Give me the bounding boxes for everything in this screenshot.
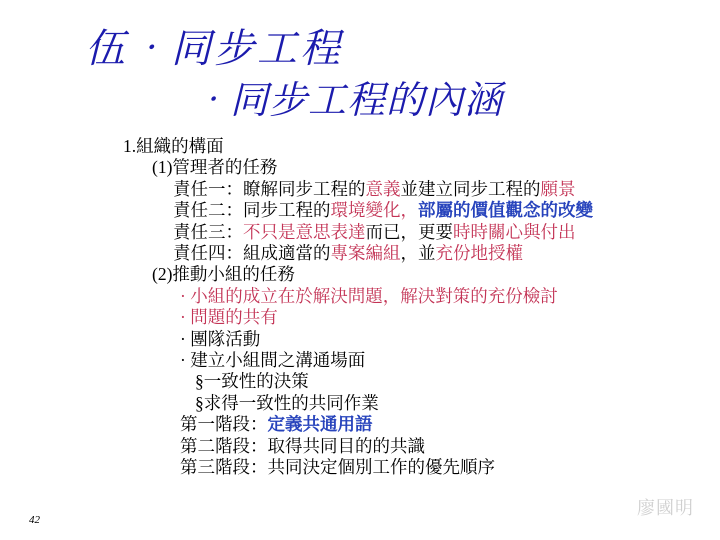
- body-line: · 團隊活動: [180, 329, 593, 350]
- body-line: 責任四：組成適當的專案編組，並充份地授權: [173, 243, 593, 264]
- page-number: 42: [29, 514, 40, 526]
- text-run: ，並: [401, 243, 436, 263]
- title-line-2: ‧同步工程的內涵: [85, 75, 503, 128]
- bullet-icon: ·: [180, 329, 190, 349]
- text-run: 責任四：組成適當的: [173, 243, 331, 263]
- presentation-slide: 伍‧同步工程 ‧同步工程的內涵 1.組織的構面(1)管理者的任務責任一：瞭解同步…: [0, 0, 720, 540]
- text-run: (1)管理者的任務: [152, 157, 277, 177]
- body-text: 1.組織的構面(1)管理者的任務責任一：瞭解同步工程的意義並建立同步工程的願景責…: [123, 136, 593, 479]
- text-run: 專案編組: [331, 243, 401, 263]
- body-line: 責任二：同步工程的環境變化，部屬的價值觀念的改變: [173, 200, 593, 221]
- text-run: 問題的共有: [190, 307, 278, 327]
- text-run: 充份地授權: [436, 243, 524, 263]
- body-line: 第一階段：定義共通用語: [180, 414, 593, 435]
- footer-author: 廖國明: [637, 494, 694, 520]
- text-run: 意義: [366, 179, 401, 199]
- title-line-1: 伍‧同步工程: [85, 22, 503, 75]
- text-run: 責任一：瞭解同步工程的: [173, 179, 366, 199]
- body-line: 責任一：瞭解同步工程的意義並建立同步工程的願景: [173, 179, 593, 200]
- body-line: (2)推動小組的任務: [152, 264, 593, 285]
- text-run: 而已，更要: [366, 222, 454, 242]
- body-line: · 建立小組間之溝通場面: [180, 350, 593, 371]
- body-line: §一致性的決策: [195, 371, 593, 392]
- body-line: 責任三：不只是意思表達而已，更要時時關心與付出: [173, 222, 593, 243]
- text-run: 願景: [541, 179, 576, 199]
- text-run: 責任二：同步工程的: [173, 200, 331, 220]
- body-line: · 小組的成立在於解決問題，解決對策的充份檢討: [180, 286, 593, 307]
- text-run: 小組的成立在於解決問題，解決對策的充份檢討: [190, 286, 558, 306]
- text-run: §求得一致性的共同作業: [195, 393, 379, 413]
- bullet-icon: ·: [180, 307, 190, 327]
- text-run: 並建立同步工程的: [401, 179, 541, 199]
- text-run: 部屬的價值觀念的改變: [418, 200, 593, 220]
- body-line: · 問題的共有: [180, 307, 593, 328]
- text-run: 第一階段：: [180, 414, 268, 434]
- body-line: 1.組織的構面: [123, 136, 593, 157]
- text-run: 團隊活動: [190, 329, 260, 349]
- text-run: 第三階段：共同決定個別工作的優先順序: [180, 457, 495, 477]
- text-run: 定義共通用語: [268, 414, 373, 434]
- body-line: 第二階段：取得共同目的的共識: [180, 436, 593, 457]
- text-run: 環境變化，: [331, 200, 419, 220]
- body-line: §求得一致性的共同作業: [195, 393, 593, 414]
- text-run: 建立小組間之溝通場面: [190, 350, 365, 370]
- text-run: (2)推動小組的任務: [152, 264, 295, 284]
- text-run: 第二階段：取得共同目的的共識: [180, 436, 425, 456]
- text-run: 時時關心與付出: [453, 222, 576, 242]
- body-line: 第三階段：共同決定個別工作的優先順序: [180, 457, 593, 478]
- text-run: 不只是意思表達: [243, 222, 366, 242]
- bullet-icon: ·: [180, 350, 190, 370]
- body-line: (1)管理者的任務: [152, 157, 593, 178]
- text-run: 1.組織的構面: [123, 136, 224, 156]
- slide-title: 伍‧同步工程 ‧同步工程的內涵: [85, 22, 503, 128]
- text-run: §一致性的決策: [195, 371, 309, 391]
- text-run: 責任三：: [173, 222, 243, 242]
- bullet-icon: ·: [180, 286, 190, 306]
